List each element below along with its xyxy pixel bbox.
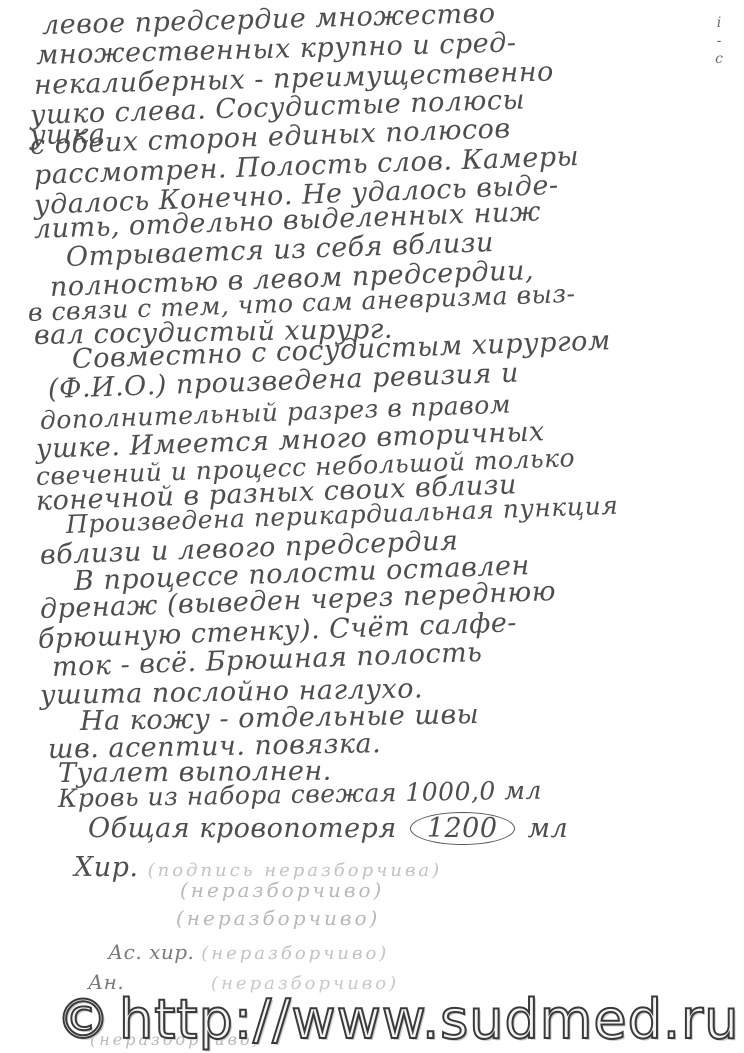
copyright-watermark: ©http://www.sudmed.ru [56, 990, 739, 1050]
signature-row: Ас. хир. (неразборчиво) [108, 940, 389, 964]
handwritten-body: левое предсердие множество множественных… [0, 0, 744, 1053]
watermark-url: http://www.sudmed.ru [119, 988, 739, 1051]
signature-row-faint: (неразборчиво) [176, 906, 380, 930]
copyright-icon: © [56, 990, 111, 1050]
signature-role: Ас. хир. [108, 940, 194, 964]
scanned-document-page: i - c левое предсердие множество множест… [0, 0, 744, 1053]
blood-loss-unit: мл [528, 813, 569, 844]
circled-blood-loss-value: 1200 [410, 812, 515, 845]
signature-row-faint: (неразборчиво) [180, 878, 384, 902]
signature-name-faint: (неразборчиво) [201, 943, 389, 964]
blood-loss-label: Общая кровопотеря [88, 813, 397, 844]
signature-role: Хир. [74, 852, 138, 883]
handwritten-line: Общая кровопотеря 1200 мл [88, 812, 568, 845]
